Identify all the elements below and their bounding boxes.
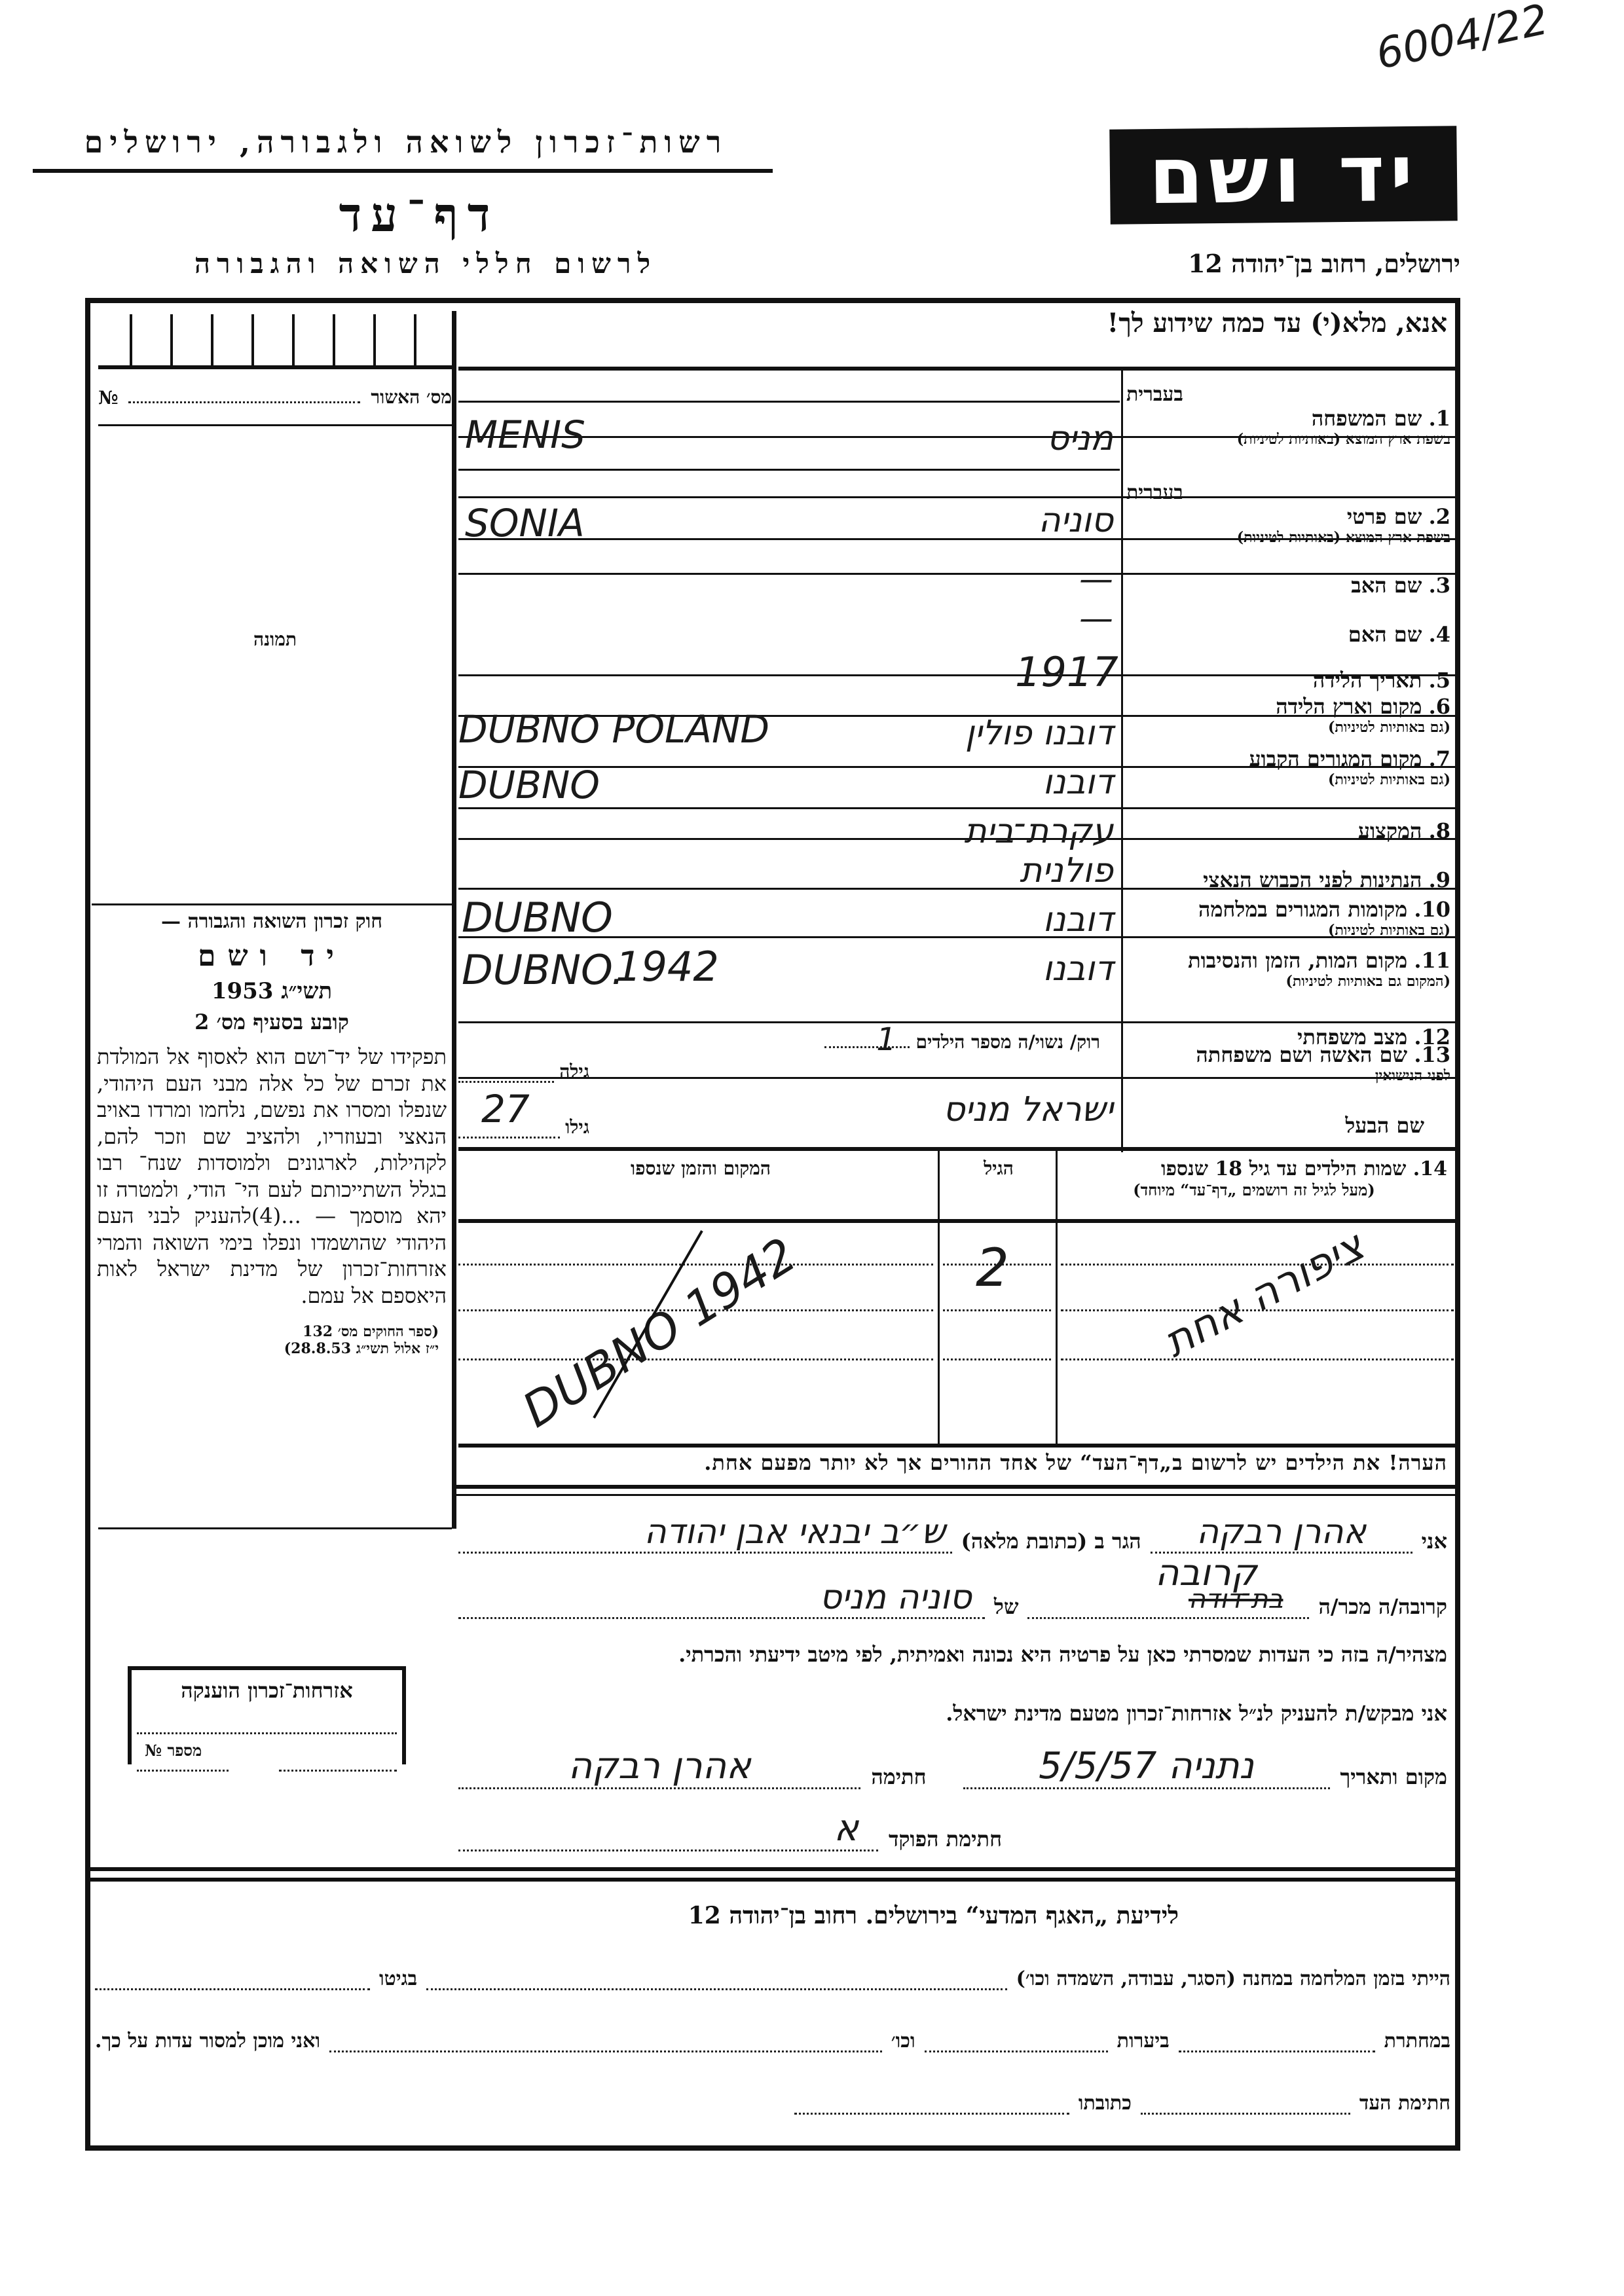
children-row-line: [1061, 1264, 1454, 1266]
witness-address-label: כתובתו: [1079, 2092, 1132, 2115]
field-number: 2.: [1429, 504, 1450, 529]
field-number: 6.: [1429, 694, 1450, 719]
field-family-name-label: בעברית 1. שם המשפחה בשפת ארץ המוצא (באות…: [1126, 383, 1450, 448]
status-options: רוק/ נשוי/ה: [1018, 1031, 1100, 1053]
rule: [458, 1021, 1455, 1023]
field-label: הנתינות לפני הכבוש הנאצי: [1203, 867, 1422, 892]
children-row-line: [1061, 1358, 1454, 1360]
children-row-line: [458, 1264, 933, 1266]
relation-struck-value: בת־דודה: [1189, 1584, 1283, 1614]
hebrew-tag: בעברית: [1126, 383, 1450, 406]
form-title: דף־עד: [288, 187, 550, 243]
law-excerpt: חוק זכרון השואה והגבורה — יד ושם תשי״ג 1…: [92, 910, 452, 1357]
camp-field[interactable]: [426, 1988, 1007, 1990]
fill-instruction: אנא, מלא(י) עד כמה שידוע לך!: [458, 308, 1454, 338]
rule: [452, 1485, 1455, 1489]
relation-label: קרובה/ה מכר/ה: [1318, 1594, 1447, 1619]
field-label: שם האם: [1348, 622, 1422, 647]
citizenship-request: אני מבקש/ת להעניק לנ״ל אזרחות־זכרון מטעם…: [458, 1701, 1447, 1726]
children-count-label: מספר הילדים: [916, 1031, 1012, 1053]
label-column-divider: [1121, 370, 1123, 1152]
death-place-hebrew-value[interactable]: דובנו: [950, 949, 1113, 989]
left-column-divider: [452, 311, 456, 1529]
authority-name: רשות־זכרון לשואה ולגבורה, ירושלים: [26, 124, 786, 160]
law-title: חוק זכרון השואה והגבורה —: [92, 910, 452, 933]
of-label: של: [994, 1594, 1019, 1619]
field-death-place-label: 11. מקום המות, הזמן והנסיבות (המקום גם ב…: [1126, 948, 1450, 990]
declarant-row: אני אהרן רבקה הגר ב (כתובת מלאה) ש״ב יבנ…: [458, 1512, 1447, 1554]
field-sublabel: (גם באותיות לטיניות): [1126, 922, 1450, 939]
husband-age-dots: [458, 1137, 560, 1139]
ghetto-field[interactable]: [95, 1988, 370, 1990]
field-sublabel: (גם באותיות לטיניות): [1126, 771, 1450, 788]
field-wartime-residence-label: 10. מקומות המגורים במלחמה (גם באותיות לט…: [1126, 897, 1450, 939]
husband-age-label: גילו: [565, 1116, 589, 1139]
field-label: מקום המות, הזמן והנסיבות: [1188, 948, 1407, 973]
field-birth-place-label: 6. מקום וארץ הלידה (גם באותיות לטיניות): [1126, 694, 1450, 736]
witness-address-field[interactable]: [794, 2113, 1069, 2115]
child-age-value[interactable]: 2: [976, 1237, 1009, 1298]
field-sublabel: (המקום גם באותיות לטיניות): [1126, 973, 1450, 990]
law-year: תשי״ג 1953: [92, 978, 452, 1004]
rule: [85, 1867, 1460, 1871]
place-date-signature-row: מקום ותאריך נתניה 5/5/57 חתימה אהרן רבקה: [458, 1745, 1447, 1789]
field-residence-label: 7. מקום המגורים הקבוע (גם באותיות לטיניו…: [1126, 746, 1450, 788]
hebrew-tag: בעברית: [1126, 481, 1450, 504]
rule: [458, 807, 1455, 809]
deceased-name-value[interactable]: סוניה מניס: [458, 1578, 985, 1619]
declaration-statement: מצהיר/ה בזה כי העדות שמסרתי כאן על פרטיה…: [458, 1642, 1447, 1667]
field-number: 8.: [1429, 818, 1450, 843]
children-row-line: [943, 1358, 1051, 1360]
first-name-latin-value[interactable]: SONIA: [465, 501, 585, 545]
death-year-value[interactable]: 1942: [616, 943, 719, 991]
forests-label: ביערות: [1117, 2030, 1170, 2052]
approval-no-symbol: №: [98, 387, 118, 409]
signature-value[interactable]: אהרן רבקה: [458, 1745, 860, 1789]
family-name-hebrew-value[interactable]: מניס: [891, 419, 1113, 458]
field-number: 4.: [1429, 622, 1450, 647]
relation-row: קרובה/ה מכר/ה קרובה בת־דודה של סוניה מני…: [458, 1578, 1447, 1619]
field-label: שם הבעל: [1345, 1113, 1450, 1138]
camp-label: הייתי בזמן המלחמה במחנה (הסגר, עבודה, הש…: [1016, 1967, 1450, 1990]
wife-age-label: גילה: [559, 1061, 589, 1083]
children-title: שמות הילדים עד גיל 18 שנספו: [1161, 1157, 1406, 1180]
field-number: 10.: [1414, 897, 1450, 922]
field-first-name-label: בעברית 2. שם פרטי בשפת ארץ המוצא (באותיו…: [1126, 481, 1450, 546]
residence-hebrew-value[interactable]: דובנו: [950, 763, 1113, 802]
children-col-divider: [938, 1149, 940, 1447]
field-label: מקום וארץ הלידה: [1276, 694, 1422, 719]
rule: [458, 1444, 1455, 1448]
children-section-header: 14. שמות הילדים עד גיל 18 שנספו (מעל לגי…: [1061, 1157, 1447, 1200]
field-label: שם האשה ושם משפחתה: [1196, 1042, 1407, 1067]
rule: [458, 401, 1120, 403]
mother-name-value[interactable]: —: [982, 599, 1113, 638]
family-name-latin-value[interactable]: MENIS: [465, 412, 585, 457]
wife-age-dots: [458, 1081, 554, 1083]
officer-signature-label: חתימת הפוקד: [889, 1827, 1002, 1851]
law-name: יד ושם: [92, 939, 452, 973]
field-number: 11.: [1414, 948, 1450, 973]
field-sublabel: לפני הנישואין: [1126, 1067, 1450, 1084]
field-label: שם המשפחה: [1312, 406, 1422, 431]
residence-latin-value[interactable]: DUBNO: [458, 763, 600, 807]
field-sublabel: (גם באותיות לטיניות): [1126, 719, 1450, 736]
rule: [458, 1219, 1455, 1223]
children-row-line: [943, 1309, 1051, 1311]
field-number: 13.: [1414, 1042, 1450, 1067]
citizenship-dotted-line: [279, 1770, 397, 1772]
witness-signature-label: חתימת העד: [1359, 2092, 1450, 2115]
witness-row: חתימת העד כתובתו: [458, 2092, 1450, 2115]
citizenship-number[interactable]: מספר №: [145, 1741, 202, 1760]
code-ticks: [98, 314, 452, 367]
declarant-name-value[interactable]: אהרן רבקה: [1151, 1512, 1412, 1554]
divider: [92, 903, 452, 905]
field-number: 14.: [1413, 1157, 1447, 1180]
field-label: מקומות המגורים במלחמה: [1198, 897, 1407, 922]
header-rule: [33, 169, 773, 173]
scientific-dept-heading: לידיעת „האגף המדעי“ בירושלים. רחוב בן־יה…: [458, 1902, 1179, 1929]
forests-field[interactable]: [925, 2050, 1108, 2052]
logo-text: יד ושם: [1109, 126, 1457, 225]
marital-status-options[interactable]: רוק/ נשוי/ה מספר הילדים 1: [576, 1031, 1100, 1053]
children-col-divider: [1056, 1149, 1058, 1447]
divider: [98, 424, 452, 426]
law-reference-line2: י״ז אלול תשי״ג 28.8.53): [92, 1340, 439, 1357]
divider: [98, 1527, 452, 1529]
form-subtitle: לרשום חללי השואה והגבורה: [131, 247, 720, 280]
father-name-value[interactable]: —: [982, 560, 1113, 599]
field-sublabel: בשפת ארץ המוצא (באותיות לטיניות): [1126, 431, 1450, 448]
approval-dots: [128, 392, 360, 403]
divider: [458, 367, 1455, 371]
relation-field[interactable]: קרובה בת־דודה: [1027, 1591, 1309, 1619]
wife-age-field[interactable]: גילה: [458, 1061, 589, 1083]
field-wife-name-label: 13. שם האשה ושם משפחתה לפני הנישואין: [1126, 1042, 1450, 1084]
residence-address-label: הגר ב (כתובת מלאה): [961, 1529, 1141, 1554]
citizenship-dotted-line: [137, 1770, 229, 1772]
law-year-number: 1953: [212, 978, 274, 1004]
rule: [452, 1494, 1455, 1496]
declarant-label: אני: [1422, 1529, 1447, 1554]
field-number: 5.: [1429, 668, 1450, 693]
field-number: 7.: [1429, 746, 1450, 771]
field-number: 9.: [1429, 867, 1450, 892]
birth-date-value[interactable]: 1917: [1015, 648, 1118, 696]
nationality-value[interactable]: פולנית: [917, 851, 1113, 890]
birth-place-hebrew-value[interactable]: דובנו פולין: [891, 714, 1113, 753]
underground-label: במחתרת: [1384, 2030, 1450, 2052]
photo-area-label: תמונה: [98, 629, 452, 651]
officer-signature-row: חתימת הפוקד א: [458, 1807, 1002, 1851]
law-text: תפקידו של יד־ושם הוא לאסוף אל המולדת את …: [92, 1044, 452, 1309]
husband-name-value[interactable]: ישראל מניס: [786, 1090, 1113, 1129]
citizenship-title: אזרחות־זכרון הוענקה: [132, 1678, 402, 1703]
field-husband-name-label: שם הבעל: [1126, 1113, 1450, 1138]
children-row-line: [458, 1358, 933, 1360]
children-col-place-header: המקום והזמן שנספו: [465, 1157, 936, 1180]
husband-age-value[interactable]: 27: [481, 1087, 530, 1131]
birth-place-latin-value[interactable]: DUBNO POLAND: [458, 707, 769, 752]
field-occupation-label: 8. המקצוע: [1126, 818, 1450, 843]
children-count-dots: 1: [824, 1046, 910, 1048]
camp-row: הייתי בזמן המלחמה במחנה (הסגר, עבודה, הש…: [95, 1967, 1450, 1990]
underground-row: במחתרת ביערות וכו׳ ואני מוכן למסור עדות …: [95, 2030, 1450, 2052]
field-label: המקצוע: [1358, 818, 1422, 843]
place-date-value[interactable]: נתניה 5/5/57: [963, 1745, 1330, 1789]
children-count-value[interactable]: 1: [876, 1021, 896, 1058]
place-date-label: מקום ותאריך: [1340, 1764, 1447, 1789]
officer-signature-value[interactable]: א: [458, 1807, 878, 1851]
field-number: 3.: [1429, 573, 1450, 598]
field-birth-date-label: 5. תאריך הלידה: [1126, 668, 1450, 693]
residence-address-value[interactable]: ש״ב יבנאי אבן יהודה: [458, 1512, 952, 1554]
rule: [458, 1147, 1455, 1151]
children-note: הערה! את הילדים יש לרשום ב„דף־העד“ של אח…: [458, 1450, 1447, 1475]
rule: [85, 1878, 1460, 1882]
field-label: מקום המגורים הקבוע: [1249, 746, 1422, 771]
memorial-citizenship-box: אזרחות־זכרון הוענקה מספר №: [128, 1666, 406, 1764]
field-father-name-label: 3. שם האב: [1126, 573, 1450, 598]
etc-field[interactable]: [329, 2050, 882, 2052]
death-place-latin-value[interactable]: DUBNO.: [462, 946, 624, 994]
divider: [98, 365, 452, 369]
approval-number-field[interactable]: מס׳ האשור №: [98, 386, 452, 409]
field-number: 1.: [1429, 406, 1450, 431]
wartime-residence-hebrew-value[interactable]: דובנו: [950, 900, 1113, 939]
field-mother-name-label: 4. שם האם: [1126, 622, 1450, 647]
occupation-value[interactable]: עקרת־בית: [851, 812, 1113, 851]
citizenship-number-symbol: №: [145, 1741, 162, 1760]
field-sublabel: בשפת ארץ המוצא (באותיות לטיניות): [1126, 529, 1450, 546]
law-reference: (ספר החוקים מס׳ 132 י״ז אלול תשי״ג 28.8.…: [92, 1323, 452, 1357]
field-label: שם האב: [1351, 573, 1422, 598]
children-col-age-header: הגיל: [943, 1157, 1054, 1180]
children-subtitle: (מעל לגיל זה רושמים „דף־עד“ מיוחד): [1061, 1180, 1447, 1200]
rule: [458, 469, 1120, 471]
ready-to-testify-label: ואני מוכן למסור עדות על כך.: [95, 2030, 320, 2052]
ghetto-label: בגיטו: [379, 1967, 417, 1990]
law-reference-line1: (ספר החוקים מס׳ 132: [92, 1323, 439, 1340]
citizenship-number-label: מספר: [167, 1741, 202, 1760]
address: ירושלים, רחוב בן־יהודה 12: [1074, 249, 1460, 279]
law-section: קובע בסעיף מס׳ 2: [92, 1010, 452, 1034]
field-nationality-label: 9. הנתינות לפני הכבוש הנאצי: [1126, 867, 1450, 892]
citizenship-dotted-line: [137, 1732, 397, 1734]
first-name-hebrew-value[interactable]: סוניה: [891, 501, 1113, 540]
field-label: שם פרטי: [1347, 504, 1422, 529]
yad-vashem-logo: יד ושם: [1109, 126, 1457, 225]
handwritten-file-number: 6004/22: [1372, 0, 1552, 79]
underground-field[interactable]: [1179, 2050, 1375, 2052]
witness-signature-field[interactable]: [1141, 2113, 1350, 2115]
field-label: תאריך הלידה: [1313, 668, 1422, 693]
law-year-hebrew: תשי״ג: [281, 978, 332, 1004]
signature-label: חתימה: [871, 1764, 926, 1789]
approval-label: מס׳ האשור: [371, 386, 452, 409]
etc-label: וכו׳: [891, 2030, 915, 2052]
wartime-residence-latin-value[interactable]: DUBNO: [462, 894, 613, 941]
